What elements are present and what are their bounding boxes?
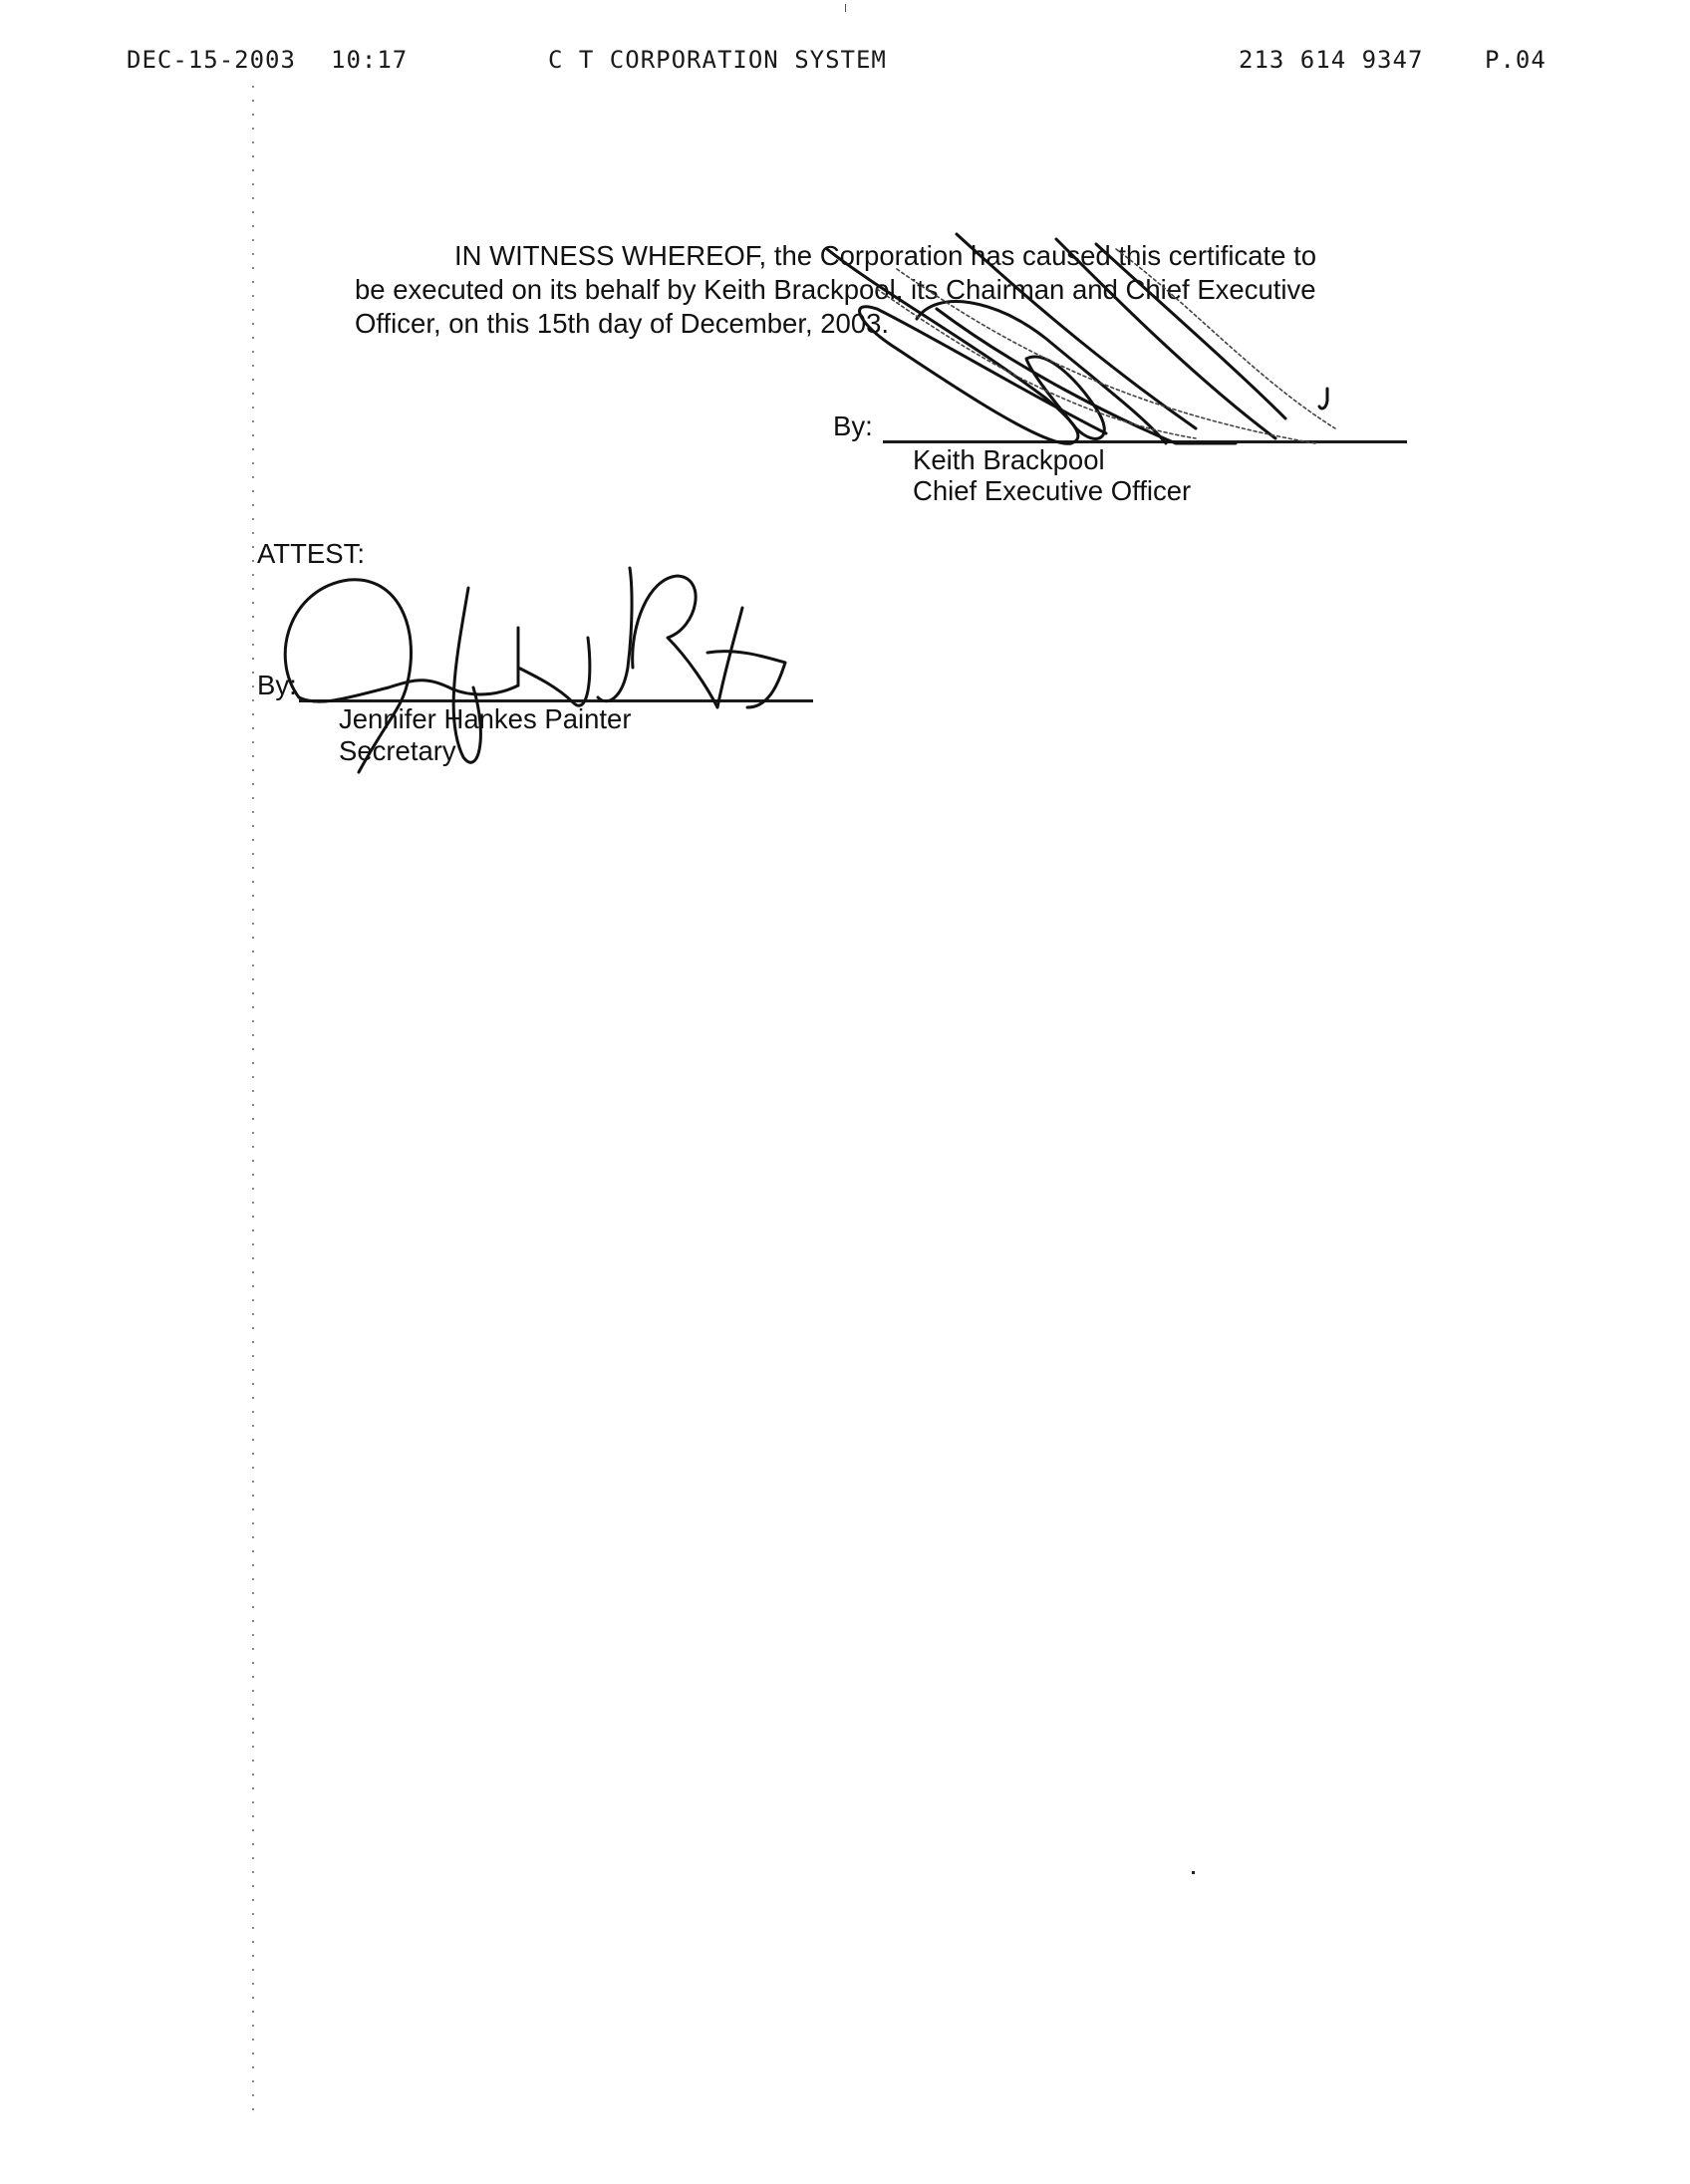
fax-page-number: P.04 xyxy=(1485,46,1547,74)
fax-phone-number: 213 614 9347 xyxy=(1239,46,1423,74)
attest-label: ATTEST: xyxy=(257,538,365,570)
scan-speck xyxy=(1192,1871,1195,1874)
secretary-handwritten-signature xyxy=(279,568,797,787)
margin-dotted-line xyxy=(252,80,254,2112)
fax-sender: C T CORPORATION SYSTEM xyxy=(548,46,887,74)
ceo-handwritten-signature xyxy=(817,229,1335,468)
scan-artifact-tick xyxy=(845,4,846,12)
ceo-title: Chief Executive Officer xyxy=(913,475,1191,507)
fax-time: 10:17 xyxy=(331,46,408,74)
fax-date: DEC-15-2003 xyxy=(127,46,296,74)
